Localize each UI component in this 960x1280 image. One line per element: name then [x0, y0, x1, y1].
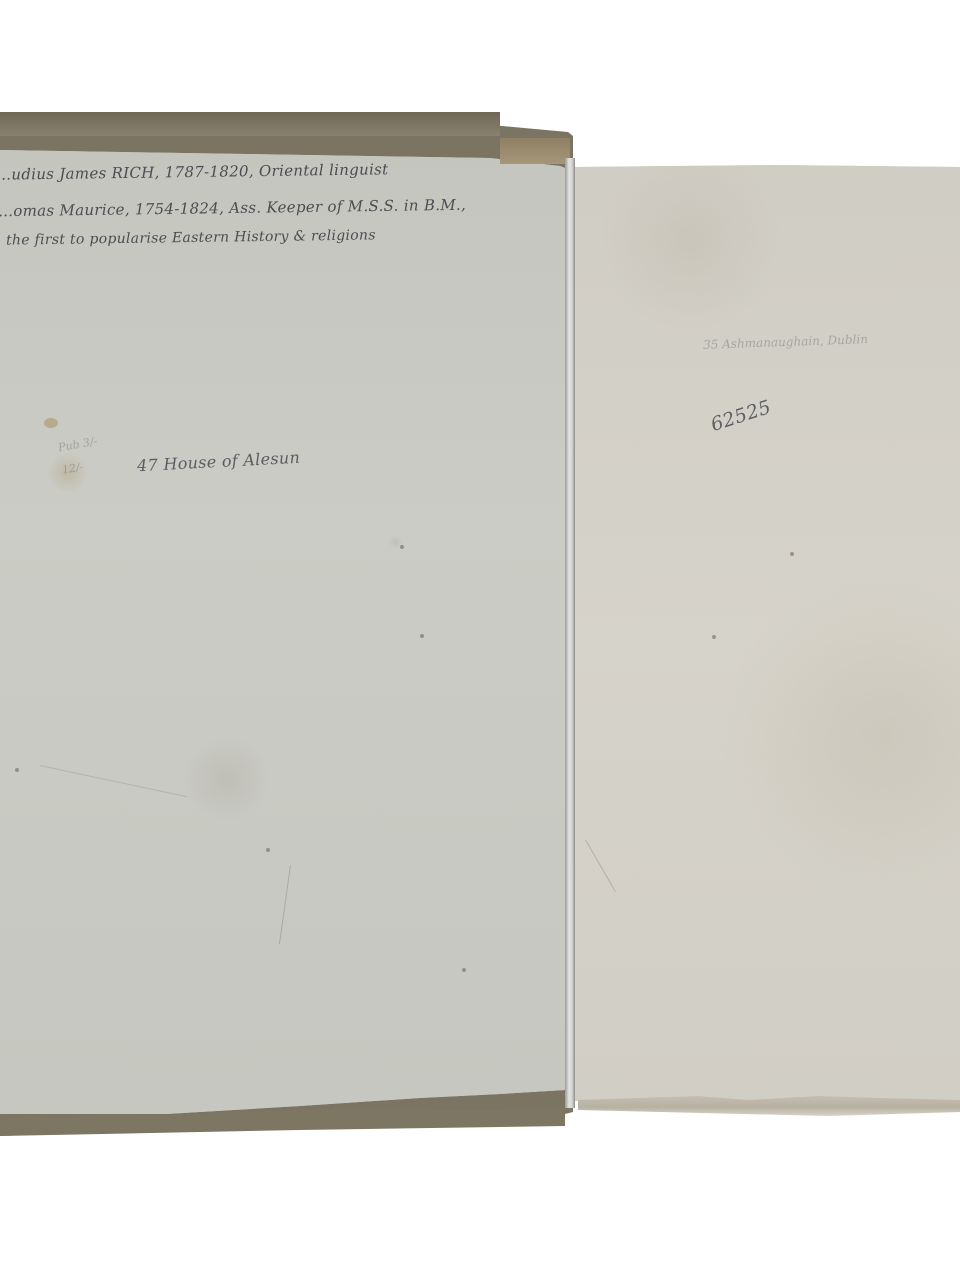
foxing-spot	[44, 418, 58, 428]
left-pastedown-page	[0, 128, 565, 1114]
foxing-spot	[420, 634, 424, 638]
board-corner	[500, 138, 570, 164]
board-turn-in-top	[0, 112, 500, 136]
foxing-spot	[266, 848, 270, 852]
foxing-spot	[462, 968, 466, 972]
foxing-spot	[712, 635, 716, 639]
foxing-spot	[15, 768, 19, 772]
spine-gutter	[565, 158, 575, 1108]
foxing-spot	[790, 552, 794, 556]
foxing-spot	[400, 545, 404, 549]
book-photo: …udius James RICH, 1787-1820, Oriental l…	[0, 0, 960, 1280]
right-flyleaf-page	[575, 165, 960, 1115]
